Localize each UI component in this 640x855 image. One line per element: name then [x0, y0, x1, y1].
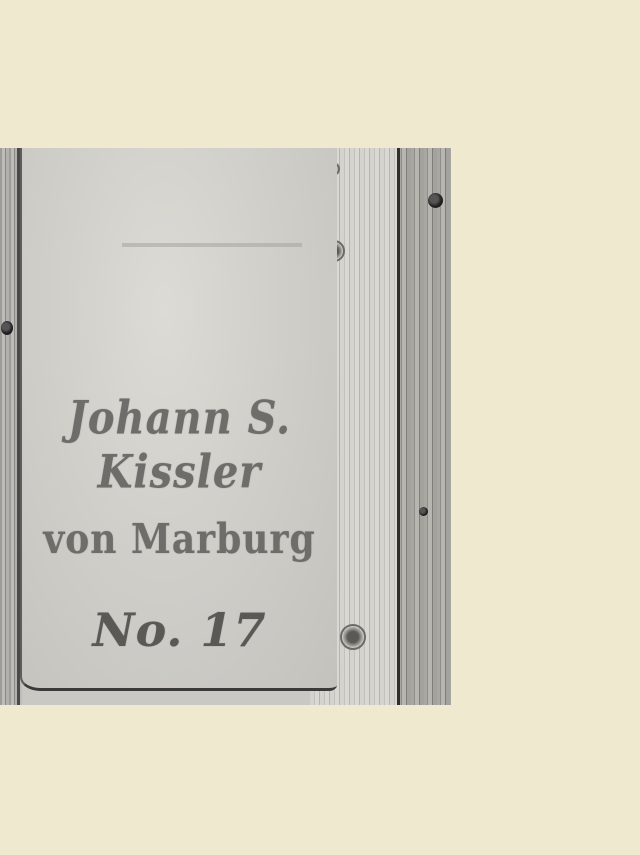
- sack-inscription-origin: von Marburg: [22, 515, 337, 563]
- wood-plank-right: [398, 148, 451, 705]
- wood-plank-left: [0, 148, 22, 705]
- nail-head: [1, 321, 13, 335]
- sack-inscription-name: Johann S. Kissler: [22, 391, 337, 499]
- sack-inscription-number: No. 17: [22, 603, 337, 657]
- wood-knot: [340, 624, 366, 650]
- nail-head: [428, 193, 443, 208]
- photograph: Johann S. Kissler von Marburg No. 17: [0, 148, 451, 705]
- nail-head: [419, 507, 428, 516]
- grain-sack: Johann S. Kissler von Marburg No. 17: [20, 148, 337, 691]
- plank-seam: [397, 148, 400, 705]
- sack-fold: [122, 243, 302, 247]
